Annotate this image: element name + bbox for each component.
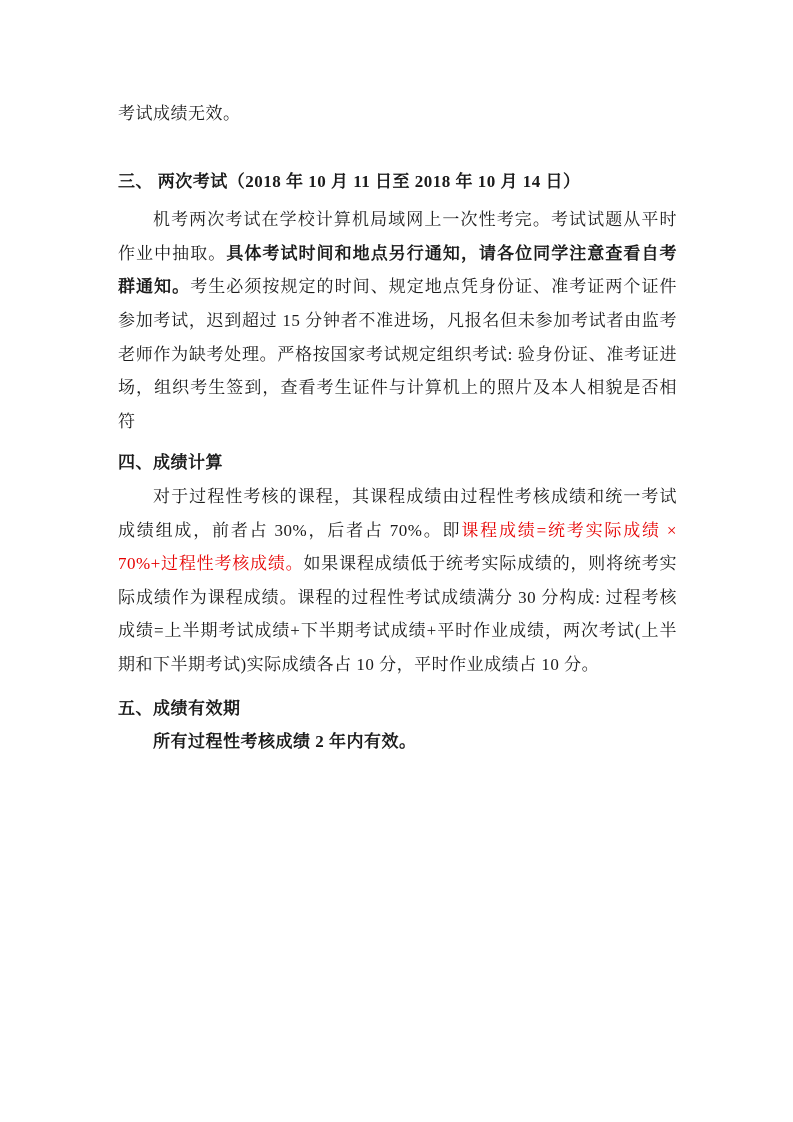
document-page: 考试成绩无效。 三、 两次考试（2018 年 10 月 11 日至 2018 年… (0, 0, 793, 1122)
paragraph-score-calculation: 对于过程性考核的课程，其课程成绩由过程性考核成绩和统一考试成绩组成，前者占 30… (118, 480, 677, 682)
paragraph-exam-arrangement: 机考两次考试在学校计算机局域网上一次性考完。考试试题从平时作业中抽取。具体考试时… (118, 203, 677, 438)
exam-arrangement-text-end: 考生必须按规定的时间、规定地点凭身份证、准考证两个证件参加考试，迟到超过 15 … (118, 277, 677, 430)
paragraph-continuation: 考试成绩无效。 (118, 97, 677, 131)
heading-section-3-two-exams: 三、 两次考试（2018 年 10 月 11 日至 2018 年 10 月 14… (118, 165, 677, 199)
heading-section-4-score-calculation: 四、成绩计算 (118, 446, 677, 480)
document-content: 考试成绩无效。 三、 两次考试（2018 年 10 月 11 日至 2018 年… (118, 97, 677, 759)
heading-section-5-score-validity: 五、成绩有效期 (118, 692, 677, 726)
paragraph-score-validity: 所有过程性考核成绩 2 年内有效。 (118, 725, 677, 759)
